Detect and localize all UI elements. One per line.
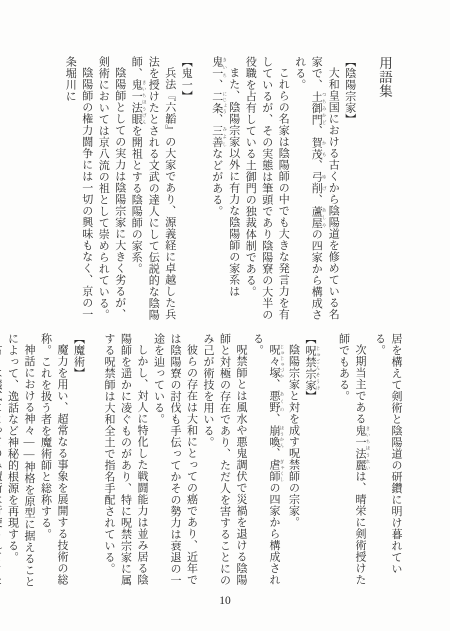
ruby-annotated-term: 鬼一法眼きいちほうげん	[130, 79, 142, 125]
paragraph: 神話における神々――神格を原型に据えることによって、逸話など神秘的根源を再現する…	[4, 333, 37, 596]
paragraph: また、陰陽宗家以外に有力な陰陽師の家系は鬼一きいち、二条にじょう、三善みよしなど…	[208, 56, 242, 322]
ruby-annotated-term: 呪々塚じゅじゅづか	[268, 344, 280, 379]
paragraph: 陰陽師の権力闘争には一切の興味もなく、京の一条堀川に	[62, 56, 95, 322]
paragraph: 陰陽宗家と対を成す呪禁師の宗家。	[285, 333, 302, 596]
glossary-term-heading: 【魔術】	[70, 333, 87, 596]
book-page: 用語集【陰陽宗家】大和皇国における古くから陰陽道を修めている名家で、土御門つちみ…	[0, 0, 450, 631]
paragraph: 次期当主である鬼一法麗きいちほうれいは、晴栄に剣術授けた師でもある。	[335, 333, 371, 596]
page-title: 用語集	[374, 56, 394, 322]
glossary-term-heading: 【呪禁宗家じゅごんそうけ】	[302, 333, 322, 596]
paragraph: 魔力を用い、超常なる事象を展開する技術の総称。これを扱う者を魔術師と総称する。	[37, 333, 70, 596]
ruby-annotated-term: 鬼一法麗きいちほうれい	[354, 425, 366, 471]
paragraph: 陰陽師としての実力は陰陽宗家に大きく劣るが、剣術においては京八流の祖として崇めら…	[95, 56, 128, 322]
paragraph: 呪禁師とは風水や悪鬼調伏で災禍を退ける陰陽師と対極の存在であり、ただ人を害するこ…	[200, 333, 250, 596]
ruby-annotated-term: 弓削ゆげ	[310, 171, 322, 194]
text-band-top: 用語集【陰陽宗家】大和皇国における古くから陰陽道を修めている名家で、土御門つちみ…	[62, 56, 394, 322]
paragraph: 居を構えて剣術と陰陽道の研鑽に明け暮れている。	[371, 333, 404, 596]
ruby-annotated-term: 呪禁宗家じゅごんそうけ	[304, 345, 316, 391]
ruby-annotated-term: 賀茂かも	[310, 137, 322, 160]
ruby-annotated-term: 虐師ぎゃくし	[268, 459, 280, 482]
ruby-annotated-term: 悪野あくの	[268, 390, 280, 413]
paragraph: 呪々塚じゅじゅづか、悪野あくの、崩喚ほうかん、虐師ぎゃくしの四家から構成される。	[249, 333, 285, 596]
ruby-annotated-term: 崩喚ほうかん	[268, 425, 280, 448]
glossary-term-heading: 【鬼一】	[178, 56, 195, 322]
ruby-annotated-term: 鬼一きいち	[211, 56, 223, 79]
text-band-bottom: 居を構えて剣術と陰陽道の研鑽に明け暮れている。次期当主である鬼一法麗きいちほうれ…	[0, 333, 404, 596]
paragraph: これらの名家は陰陽師の中でも大きな発言力を有しているが、その実態は筆頭であり陰陽…	[242, 56, 292, 322]
paragraph: しかし、対人に特化した戦闘能力は並み居る陰陽師を遥かに凌ぐものがあり、特に呪禁宗…	[101, 333, 151, 596]
ruby-annotated-term: 三善みよし	[211, 125, 223, 148]
glossary-term-heading: 【陰陽宗家】	[341, 56, 358, 322]
page-number: 10	[0, 595, 450, 607]
paragraph: 彼らの存在は大和にとっての癌であり、近年では陰陽寮の討伐も手伝ってかその勢力は衰…	[150, 333, 200, 596]
ruby-annotated-term: 二条にじょう	[211, 91, 223, 114]
paragraph: 兵法『六韜』の大家であり、源義経に卓越した兵法を授けたとされる文武の達人にして伝…	[128, 56, 178, 322]
paragraph: 古くは儀式によってのみ魔術は行使されてきたが、現代で	[0, 333, 4, 596]
ruby-annotated-term: 土御門つちみかど	[310, 91, 322, 126]
ruby-annotated-term: 蘆屋あしや	[310, 206, 322, 229]
paragraph: 大和皇国における古くから陰陽道を修めている名家で、土御門つちみかど、賀茂かも、弓…	[291, 56, 341, 322]
